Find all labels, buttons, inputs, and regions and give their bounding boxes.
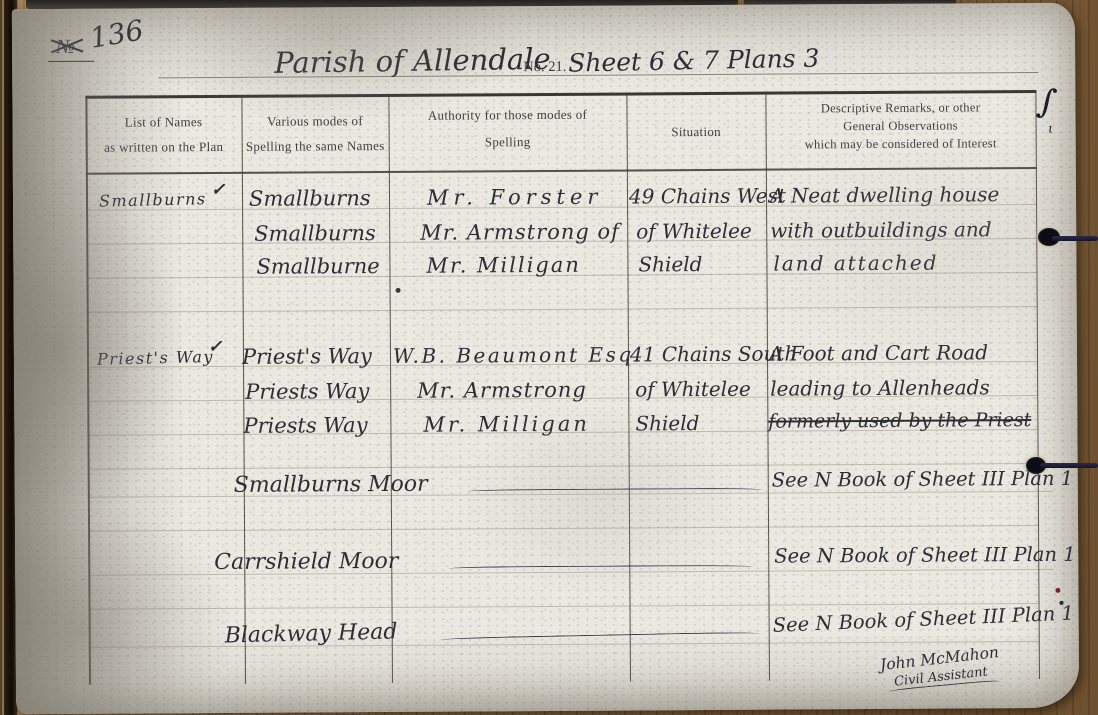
ink-spot: [1059, 601, 1063, 605]
row1-spelling-3: Smallburne: [256, 256, 379, 278]
row2-name: Priest's Way: [97, 349, 214, 368]
row1-situation-2: of Whitelee: [636, 221, 752, 242]
ruled-line: [87, 306, 1038, 313]
row5-remark: See N Book of Sheet III Plan 1: [772, 604, 1074, 636]
row2-remark-3-struck: formerly used by the Priest: [768, 411, 1031, 432]
row1-remark-3: land attached: [773, 253, 938, 274]
row2-remark-1: A Foot and Cart Road: [769, 342, 988, 363]
row2-spelling-3: Priests Way: [243, 415, 367, 437]
register-page: № 136 Parish of Allendale No. 21. Sheet …: [12, 3, 1079, 714]
col-header-remarks-line2: General Observations: [766, 119, 1036, 133]
row5-name: Blackway Head: [224, 621, 397, 647]
col-header-situation: Situation: [627, 125, 766, 139]
ink-spot-red: [1055, 588, 1060, 593]
row1-authority-1: Mr. Forster: [427, 187, 603, 209]
col-header-remarks-line1: Descriptive Remarks, or other: [765, 101, 1035, 115]
table-header-separator: [86, 167, 1037, 174]
row2-authority-3: Mr. Milligan: [423, 414, 590, 436]
row4-name: Carrshield Moor: [214, 551, 398, 574]
row1-spelling-1: Smallburns: [249, 188, 371, 210]
checkmark: ✓: [211, 182, 225, 199]
ditto-dash-line: [440, 631, 760, 641]
printed-sheet-no: No. 21.: [523, 60, 566, 75]
col-header-names-line1: List of Names: [86, 115, 242, 129]
binding-highlight: [2, 0, 4, 715]
row1-authority-3: Mr. Milligan: [426, 255, 581, 277]
parish-title: Parish of Allendale: [274, 45, 551, 78]
binding-thread: [1040, 463, 1098, 468]
row2-authority-1: W.B. Beaumont Esq.: [393, 344, 643, 366]
col-header-spelling-line1: Various modes of: [242, 114, 389, 128]
scanned-register-photo: { "header": { "no_symbol": "№", "page_nu…: [0, 0, 1098, 715]
row1-situation-1: 49 Chains West: [629, 186, 786, 207]
row2-remark-2: leading to Allenheads: [770, 377, 990, 398]
row3-name: Smallburns Moor: [234, 474, 428, 497]
row4-remark: See N Book of Sheet III Plan 1: [774, 545, 1075, 566]
table-border-right: [1035, 90, 1040, 679]
col-header-authority-line2: Spelling: [389, 135, 627, 149]
table-border-left: [85, 96, 91, 685]
no-symbol-underline: [48, 61, 94, 63]
col-header-names-line2: as written on the Plan: [86, 140, 242, 154]
checkmark: ✓: [208, 339, 222, 356]
row1-remark-2: with outbuildings and: [770, 219, 991, 240]
col-header-spelling-line2: Spelling the same Names: [242, 139, 389, 153]
row1-situation-3: Shield: [638, 254, 702, 274]
column-line-2: [388, 94, 393, 683]
row2-spelling-1: Priest's Way: [242, 346, 372, 368]
row2-authority-2: Mr. Armstrong: [417, 380, 587, 402]
sheet-plan-title: Sheet 6 & 7 Plans 3: [568, 46, 820, 76]
binding-thread: [1052, 236, 1098, 241]
col-header-authority-line1: Authority for those modes of: [388, 108, 626, 122]
row2-spelling-2: Priests Way: [245, 381, 369, 403]
row2-situation-3: Shield: [635, 413, 699, 433]
table-border-top: [85, 90, 1036, 98]
column-line-3: [626, 92, 631, 681]
row2-situation-2: of Whitelee: [635, 379, 751, 400]
page-number: 136: [88, 16, 145, 52]
row1-authority-2: Mr. Armstrong of: [420, 222, 620, 244]
col-header-remarks-line3: which may be considered of Interest: [766, 137, 1036, 151]
ditto-dash-line: [448, 565, 753, 571]
ink-spot: [396, 288, 401, 293]
row1-name: Smallburns: [99, 191, 207, 210]
row1-remark-1: A Neat dwelling house: [770, 184, 999, 205]
row1-spelling-2: Smallburns: [254, 223, 376, 245]
ink-tick-mark: ι: [1048, 122, 1053, 137]
ruled-line: [88, 525, 1039, 532]
